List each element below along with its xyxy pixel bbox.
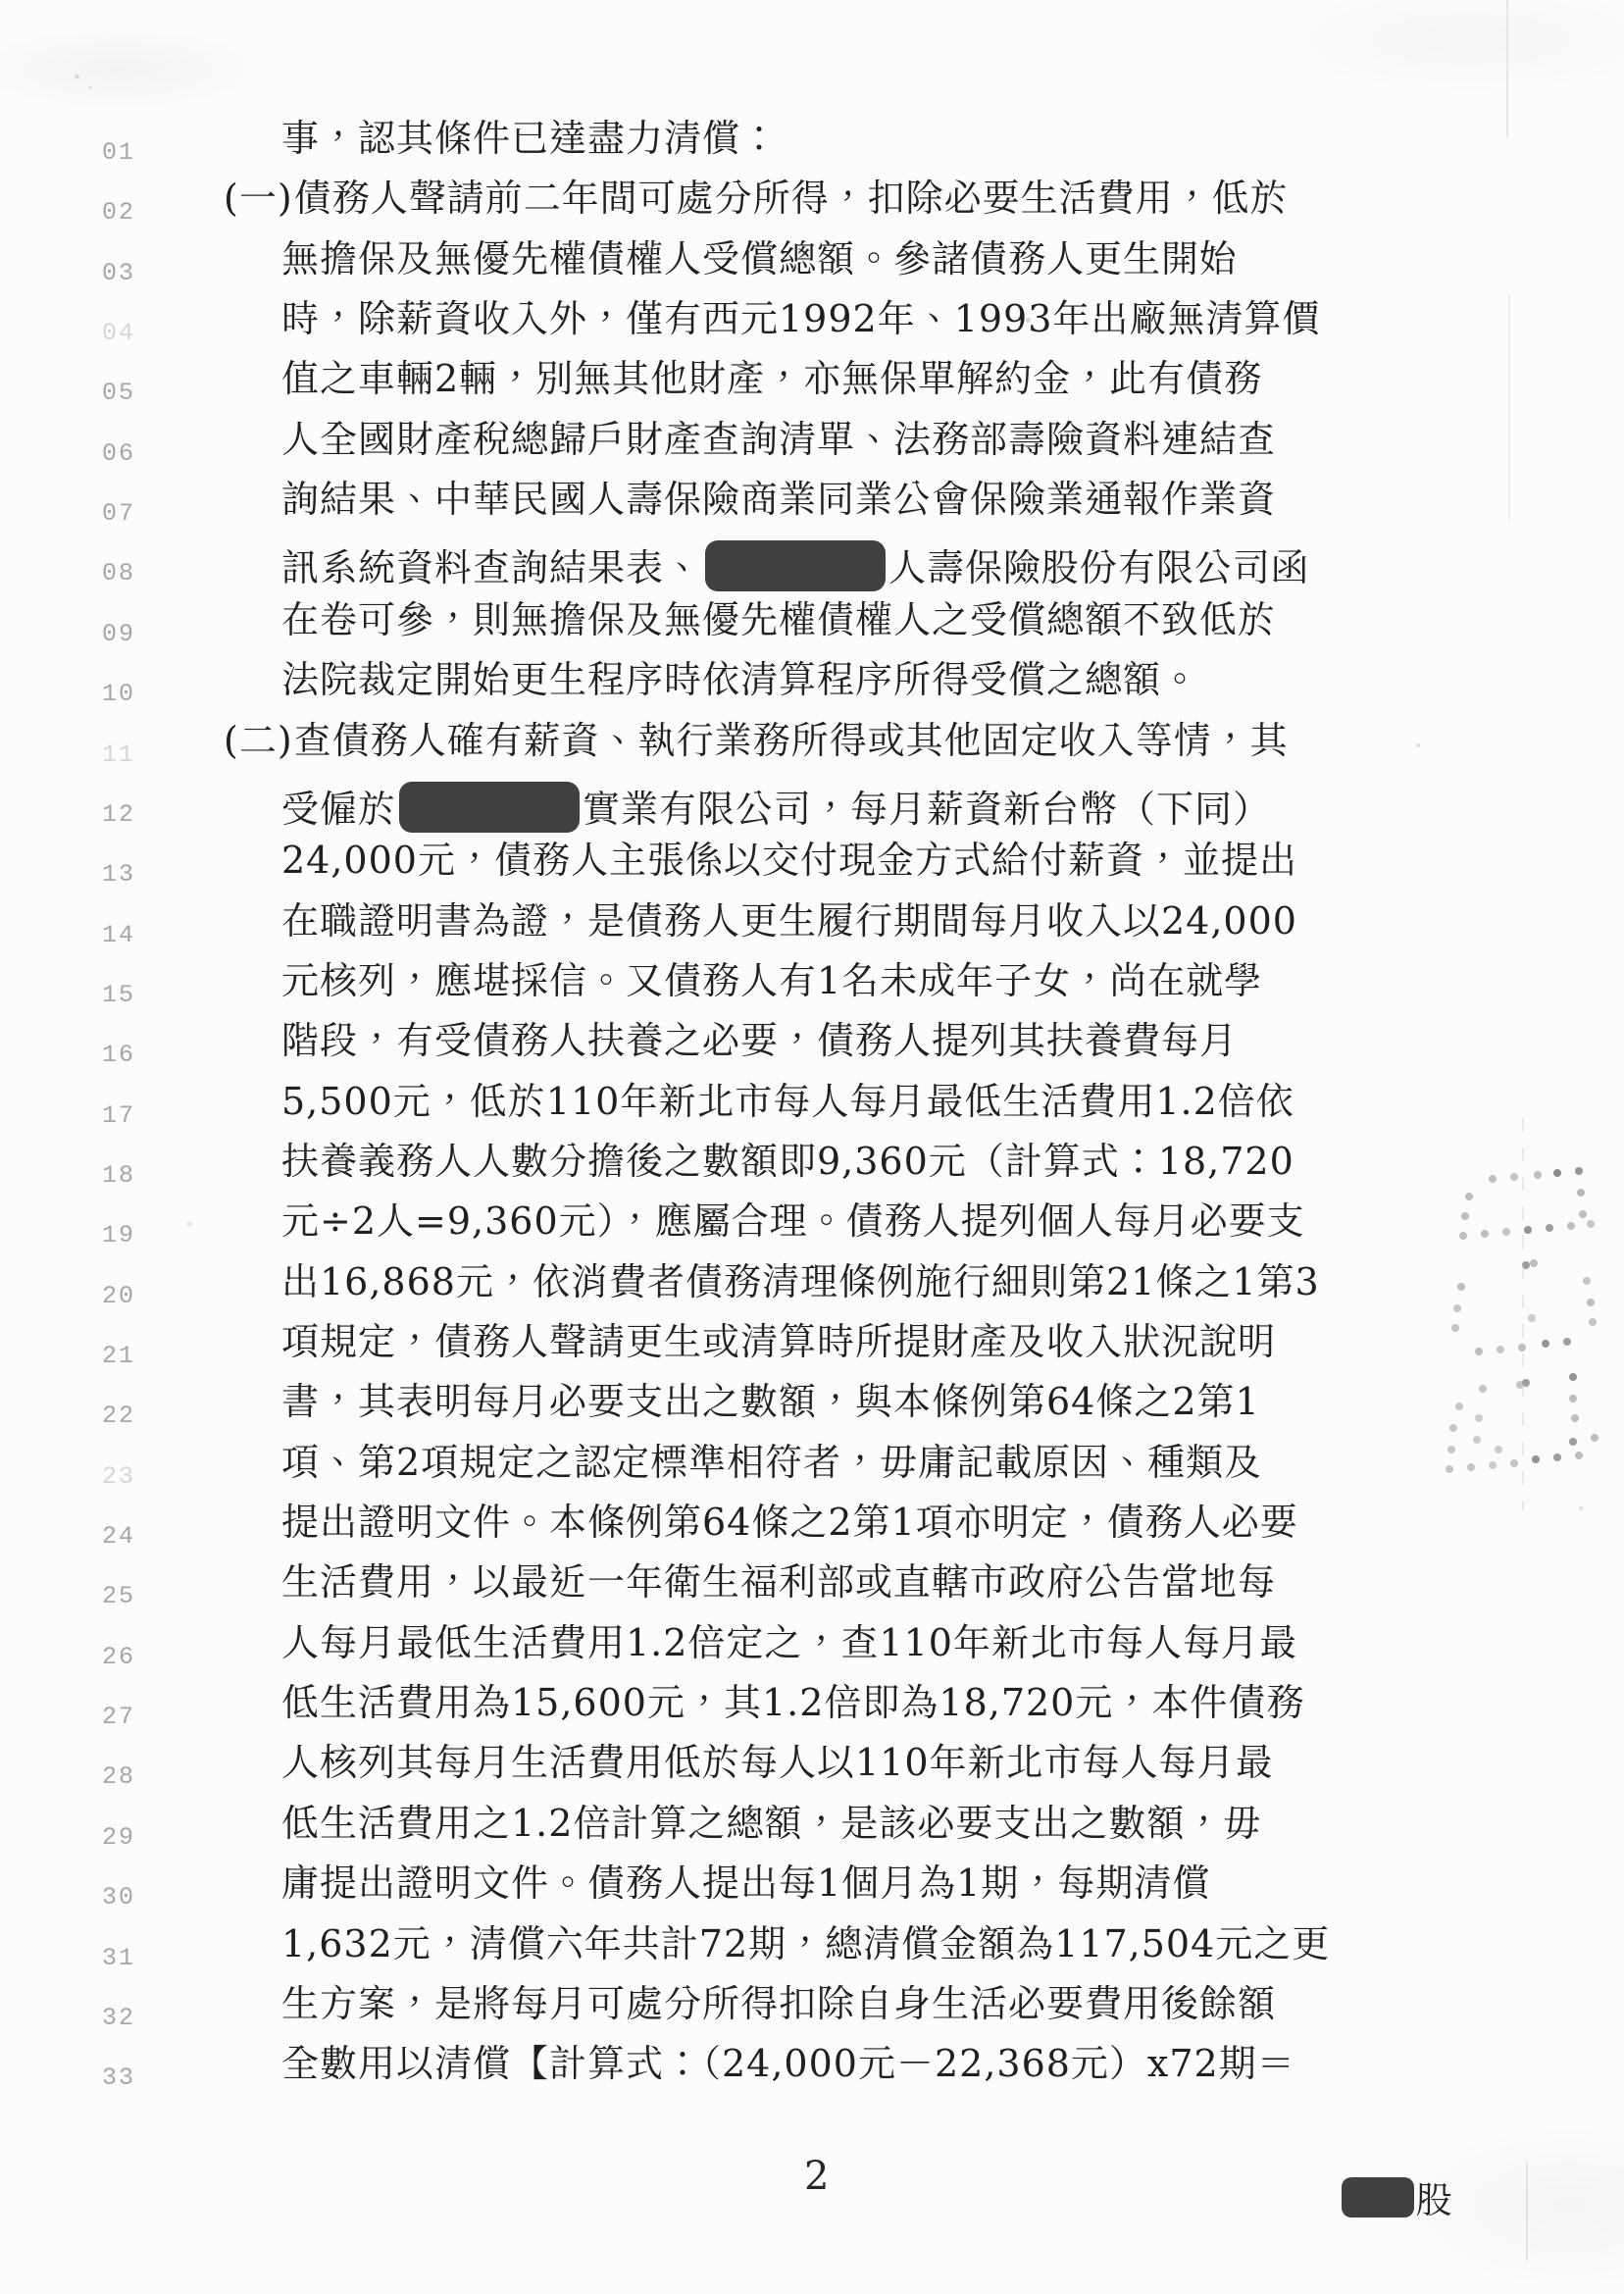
- text-line-04: 時，除薪資收入外，僅有西元1992年、1993年出廠無清算價: [281, 300, 1320, 337]
- line-text: 低生活費用之1.2倍計算之總額，是該必要支出之數額，毋: [281, 1802, 1261, 1845]
- text-line-05: 值之車輛2輛，別無其他財產，亦無保單解約金，此有債務: [281, 360, 1262, 397]
- line-number: 33: [102, 2064, 161, 2092]
- line-text: 法院裁定開始更生程序時依清算程序所得受償之總額。: [281, 658, 1199, 701]
- scan-streak: [1526, 2163, 1528, 2261]
- line-text: 扶養義務人人數分擔後之數額即9,360元（計算式：18,720: [281, 1140, 1294, 1183]
- text-line-07: 詢結果、中華民國人壽保險商業同業公會保險業通報作業資: [281, 481, 1276, 518]
- line-number: 20: [102, 1282, 161, 1310]
- line-text: 生方案，是將每月可處分所得扣除自身生活必要費用後餘額: [281, 1982, 1276, 2025]
- scan-streak: [1508, 294, 1510, 520]
- text-line-19: 元÷2人=9,360元），應屬合理。債務人提列個人每月必要支: [281, 1202, 1305, 1240]
- line-number: 23: [102, 1462, 161, 1491]
- text-line-30: 庸提出證明文件。債務人提出每1個月為1期，每期清償: [281, 1864, 1210, 1902]
- line-number: 21: [102, 1342, 161, 1370]
- line-text: 查債務人確有薪資、執行業務所得或其他固定收入等情，其: [294, 719, 1289, 762]
- text-line-13: 24,000元，債務人主張係以交付現金方式給付薪資，並提出: [281, 841, 1297, 879]
- line-number: 28: [102, 1762, 161, 1791]
- line-text: 全數用以清償【計算式：（24,000元－22,368元）x72期＝: [281, 2042, 1295, 2085]
- text-line-14: 在職證明書為證，是債務人更生履行期間每月收入以24,000: [281, 902, 1297, 940]
- text-line-06: 人全國財產稅總歸戶財產查詢清單、法務部壽險資料連結查: [281, 421, 1276, 458]
- scan-speck: [88, 86, 92, 89]
- line-number: 26: [102, 1643, 161, 1671]
- line-number: 10: [102, 680, 161, 708]
- text-line-18: 扶養義務人人數分擔後之數額即9,360元（計算式：18,720: [281, 1143, 1294, 1180]
- line-number: 06: [102, 439, 161, 468]
- line-number: 18: [102, 1161, 161, 1190]
- line-number: 05: [102, 379, 161, 407]
- line-number: 13: [102, 860, 161, 889]
- line-text: 低生活費用為15,600元，其1.2倍即為18,720元，本件債務: [281, 1681, 1304, 1724]
- text-line-09: 在卷可參，則無擔保及無優先權債權人之受償總額不致低於: [281, 601, 1276, 638]
- scan-speck: [1416, 743, 1420, 747]
- line-number: 16: [102, 1041, 161, 1069]
- line-number: 03: [102, 259, 161, 287]
- line-text: 實業有限公司，每月薪資新台幣（下同）: [583, 788, 1271, 831]
- line-number: 08: [102, 559, 161, 587]
- line-number: 32: [102, 2004, 161, 2032]
- paragraph-marker: (二): [224, 719, 293, 762]
- text-line-25: 生活費用，以最近一年衛生福利部或直轄市政府公告當地每: [281, 1563, 1276, 1601]
- line-number: 12: [102, 800, 161, 829]
- text-line-17: 5,500元，低於110年新北市每人每月最低生活費用1.2倍依: [281, 1083, 1294, 1120]
- page-number: 2: [804, 2154, 829, 2199]
- line-number: 07: [102, 499, 161, 528]
- line-text: 訊系統資料查詢結果表、: [281, 546, 702, 589]
- redaction-box: [1342, 2177, 1414, 2218]
- line-text: 提出證明文件。本條例第64條之2第1項亦明定，債務人必要: [281, 1501, 1298, 1544]
- line-text: 值之車輛2輛，別無其他財產，亦無保單解約金，此有債務: [281, 357, 1262, 400]
- scanned-court-document-page: 0102030405060708091011121314151617181920…: [0, 0, 1624, 2294]
- scan-speck: [1579, 1506, 1584, 1510]
- text-line-31: 1,632元，清償六年共計72期，總清償金額為117,504元之更: [281, 1925, 1330, 1963]
- line-number: 04: [102, 319, 161, 347]
- line-number: 31: [102, 1944, 161, 1972]
- text-line-32: 生方案，是將每月可處分所得扣除自身生活必要費用後餘額: [281, 1985, 1276, 2022]
- line-text: 生活費用，以最近一年衛生福利部或直轄市政府公告當地每: [281, 1560, 1276, 1604]
- line-text: 人核列其每月生活費用低於每人以110年新北市每人每月最: [281, 1741, 1274, 1784]
- line-number: 22: [102, 1402, 161, 1430]
- paragraph-marker: (一): [224, 177, 293, 220]
- dot-matrix-stamp: [1459, 1167, 1606, 1471]
- line-text: 元核列，應堪採信。又債務人有1名未成年子女，尚在就學: [281, 959, 1262, 1002]
- line-text: 時，除薪資收入外，僅有西元1992年、1993年出廠無清算價: [281, 297, 1320, 340]
- line-text: 人全國財產稅總歸戶財產查詢清單、法務部壽險資料連結查: [281, 418, 1276, 461]
- line-text: 5,500元，低於110年新北市每人每月最低生活費用1.2倍依: [281, 1080, 1294, 1123]
- text-line-29: 低生活費用之1.2倍計算之總額，是該必要支出之數額，毋: [281, 1805, 1261, 1842]
- text-line-27: 低生活費用為15,600元，其1.2倍即為18,720元，本件債務: [281, 1684, 1304, 1721]
- line-number: 30: [102, 1883, 161, 1912]
- text-line-01: 事，認其條件已達盡力清償：: [281, 120, 779, 157]
- text-line-12: 受僱於實業有限公司，每月薪資新台幣（下同）: [281, 782, 1271, 833]
- line-text: 出16,868元，依消費者債務清理條例施行細則第21條之1第3: [281, 1260, 1320, 1303]
- line-text: 在職證明書為證，是債務人更生履行期間每月收入以24,000: [281, 899, 1297, 943]
- text-line-26: 人每月最低生活費用1.2倍定之，查110年新北市每人每月最: [281, 1624, 1297, 1661]
- line-number: 11: [102, 740, 161, 769]
- clerk-stamp-label: 股: [1416, 2170, 1452, 2223]
- line-text: 項、第2項規定之認定標準相符者，毋庸記載原因、種類及: [281, 1441, 1262, 1484]
- line-text: 階段，有受債務人扶養之必要，債務人提列其扶養費每月: [281, 1019, 1238, 1062]
- line-number: 25: [102, 1582, 161, 1610]
- text-line-15: 元核列，應堪採信。又債務人有1名未成年子女，尚在就學: [281, 962, 1262, 999]
- line-number: 19: [102, 1221, 161, 1249]
- text-line-10: 法院裁定開始更生程序時依清算程序所得受償之總額。: [281, 661, 1199, 698]
- text-line-24: 提出證明文件。本條例第64條之2第1項亦明定，債務人必要: [281, 1504, 1298, 1541]
- line-text: 書，其表明每月必要支出之數額，與本條例第64條之2第1: [281, 1380, 1260, 1423]
- line-number: 01: [102, 138, 161, 167]
- line-number: 09: [102, 620, 161, 648]
- line-number: 15: [102, 981, 161, 1009]
- line-text: 1,632元，清償六年共計72期，總清償金額為117,504元之更: [281, 1922, 1330, 1965]
- line-text: 人每月最低生活費用1.2倍定之，查110年新北市每人每月最: [281, 1621, 1297, 1664]
- line-text: 在卷可參，則無擔保及無優先權債權人之受償總額不致低於: [281, 598, 1276, 641]
- text-line-20: 出16,868元，依消費者債務清理條例施行細則第21條之1第3: [281, 1263, 1320, 1300]
- line-text: 項規定，債務人聲請更生或清算時所提財產及收入狀況說明: [281, 1320, 1276, 1363]
- line-number: 24: [102, 1522, 161, 1551]
- text-line-16: 階段，有受債務人扶養之必要，債務人提列其扶養費每月: [281, 1022, 1238, 1059]
- line-number: 29: [102, 1823, 161, 1852]
- text-line-28: 人核列其每月生活費用低於每人以110年新北市每人每月最: [281, 1744, 1274, 1781]
- stamp-dots: [1459, 1167, 1467, 1175]
- line-text: 庸提出證明文件。債務人提出每1個月為1期，每期清償: [281, 1861, 1210, 1905]
- line-number: 27: [102, 1703, 161, 1731]
- line-text: 受僱於: [281, 788, 396, 831]
- line-text: 事，認其條件已達盡力清償：: [281, 117, 779, 160]
- text-line-22: 書，其表明每月必要支出之數額，與本條例第64條之2第1: [281, 1383, 1260, 1420]
- text-line-03: 無擔保及無優先權債權人受償總額。參諸債務人更生開始: [281, 240, 1238, 278]
- text-line-33: 全數用以清償【計算式：（24,000元－22,368元）x72期＝: [281, 2045, 1295, 2082]
- text-line-11: (二)查債務人確有薪資、執行業務所得或其他固定收入等情，其: [224, 722, 1289, 759]
- line-text: 無擔保及無優先權債權人受償總額。參諸債務人更生開始: [281, 237, 1238, 280]
- line-text: 債務人聲請前二年間可處分所得，扣除必要生活費用，低於: [294, 177, 1289, 220]
- line-text: 詢結果、中華民國人壽保險商業同業公會保險業通報作業資: [281, 478, 1276, 521]
- line-text: 人壽保險股份有限公司函: [888, 546, 1309, 589]
- scan-speck: [186, 1222, 192, 1226]
- line-number: 17: [102, 1101, 161, 1130]
- line-number: 14: [102, 921, 161, 949]
- line-number: 02: [102, 198, 161, 227]
- line-text: 元÷2人=9,360元），應屬合理。債務人提列個人每月必要支: [281, 1199, 1305, 1243]
- line-text: 24,000元，債務人主張係以交付現金方式給付薪資，並提出: [281, 839, 1297, 882]
- redaction-box: [399, 782, 580, 833]
- clerk-stamp: 股: [1342, 2170, 1452, 2223]
- text-line-08: 訊系統資料查詢結果表、人壽保險股份有限公司函: [281, 540, 1309, 591]
- text-line-02: (一)債務人聲請前二年間可處分所得，扣除必要生活費用，低於: [224, 179, 1289, 217]
- redaction-box: [705, 540, 886, 591]
- text-line-23: 項、第2項規定之認定標準相符者，毋庸記載原因、種類及: [281, 1444, 1262, 1481]
- scan-streak: [1506, 0, 1508, 137]
- scan-speck: [75, 75, 79, 78]
- text-line-21: 項規定，債務人聲請更生或清算時所提財產及收入狀況說明: [281, 1323, 1276, 1360]
